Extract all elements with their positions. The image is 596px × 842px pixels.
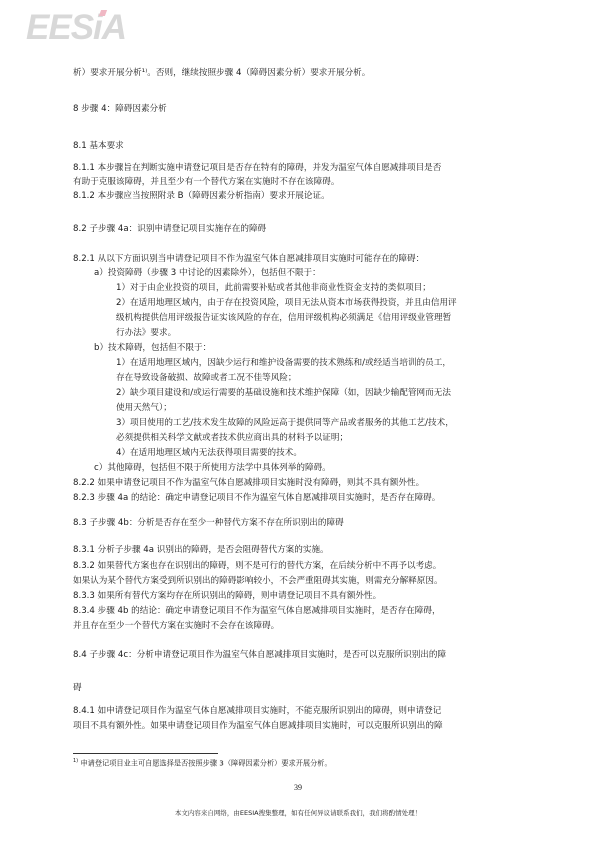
text-line: c）其他障碍，包括但不限于所使用方法学中具体列举的障碍。: [94, 463, 331, 474]
text-line: 8.2.3 步骤 4a 的结论：确定申请登记项目不作为温室气体自愿减排项目实施时…: [73, 493, 440, 504]
text-line: 如果认为某个替代方案受到所识别出的障碍影响较小，不会严重阻碍其实施，则需充分解释…: [73, 576, 443, 587]
text-line: 析）要求开展分析¹⁾。否则，继续按照步骤 4（障碍因素分析）要求开展分析。: [73, 68, 370, 79]
text-line: 8.1.2 本步骤应当按照附录 B（障碍因素分析指南）要求开展论证。: [73, 191, 330, 202]
text-line: 8.2.1 从以下方面识别当申请登记项目不作为温室气体自愿减排项目实施时可能存在…: [73, 254, 424, 265]
text-line: 存在导致设备破损、故障或者工况不佳等风险；: [116, 373, 296, 384]
footnote: 1) 申请登记项目业主可自愿选择是否按照步骤 3（障碍因素分析）要求开展分析。: [73, 758, 332, 768]
text-line: 8.3.4 步骤 4b 的结论：确定申请登记项目不作为温室气体自愿减排项目实施时…: [73, 606, 441, 617]
text-line: 8.4.1 如申请登记项目作为温室气体自愿减排项目实施时，不能克服所识别出的障碍…: [73, 706, 441, 717]
source-disclaimer: 本文内容来自网络，由EESIA搜集整理，如有任何异议请联系我们，我们将酌情处理！: [0, 808, 596, 817]
text-line: 1）对于由企业投资的项目，此前需要补贴或者其他非商业性资金支持的类似项目；: [116, 283, 431, 294]
page-number: 39: [0, 783, 596, 792]
text-line: 8.2 子步骤 4a：识别申请登记项目实施存在的障碍: [73, 224, 266, 235]
text-line: 8 步骤 4：障碍因素分析: [73, 104, 167, 115]
eesia-logo: EESiA: [26, 8, 126, 48]
text-line: 2）在适用地理区域内，由于存在投资风险，项目无法从资本市场获得投资，并且由信用评: [116, 298, 457, 309]
text-line: 8.3.2 如果替代方案也存在识别出的障碍，则不是可行的替代方案，在后续分析中不…: [73, 561, 441, 572]
footnote-divider: [73, 753, 218, 754]
text-line: 8.1.1 本步骤旨在判断实施申请登记项目是否存在特有的障碍，并发为温室气体自愿…: [73, 163, 441, 174]
logo-text-accent: i: [93, 8, 102, 47]
text-line: 8.1 基本要求: [73, 141, 124, 152]
text-line: 有助于克服该障碍，并且至少有一个替代方案在实施时不存在该障碍。: [73, 177, 339, 188]
text-line: 8.3.3 如果所有替代方案均存在所识别出的障碍，则申请登记项目不具有额外性。: [73, 591, 381, 602]
text-line: a）投资障碍（步骤 3 中讨论的因素除外），包括但不限于：: [94, 268, 321, 279]
logo-text-main: EES: [26, 8, 93, 47]
footnote-text: 申请登记项目业主可自愿选择是否按照步骤 3（障碍因素分析）要求开展分析。: [80, 758, 331, 767]
text-line: 3）项目使用的工艺/技术发生故障的风险远高于提供同等产品或者服务的其他工艺/技术…: [116, 418, 454, 429]
text-line: b）技术障碍，包括但不限于：: [94, 343, 211, 354]
text-line: 行办法》要求。: [116, 328, 176, 339]
text-line: 碍: [73, 683, 82, 694]
text-line: 并且存在至少一个替代方案在实施时不会存在该障碍。: [73, 621, 279, 632]
text-line: 8.3 子步骤 4b：分析是否存在至少一种替代方案不存在所识别出的障碍: [73, 518, 344, 529]
footnote-marker: 1): [73, 758, 78, 764]
text-line: 8.3.1 分析子步骤 4a 识别出的障碍，是否会阻碍替代方案的实施。: [73, 545, 329, 556]
text-line: 必须提供相关科学文献或者技术供应商出具的材料予以证明；: [116, 433, 348, 444]
text-line: 级机构提供信用评级报告证实该风险的存在，信用评级机构必须满足《信用评级业管理暂: [116, 313, 451, 324]
text-line: 使用天然气）；: [116, 403, 172, 414]
text-line: 8.4 子步骤 4c：分析申请登记项目作为温室气体自愿减排项目实施时，是否可以克…: [73, 650, 446, 661]
text-line: 4）在适用地理区域内无法获得项目需要的技术。: [116, 448, 302, 459]
text-line: 2）缺少项目建设和/或运行需要的基础设施和技术维护保障（如，因缺少输配管网而无法: [116, 388, 451, 399]
text-line: 项目不具有额外性。如果申请登记项目作为温室气体自愿减排项目实施时，可以克服所识别…: [73, 721, 443, 732]
text-line: 1）在适用地理区域内，因缺少运行和维护设备需要的技术熟练和/或经适当培训的员工，: [116, 358, 451, 369]
text-line: 8.2.2 如果申请登记项目不作为温室气体自愿减排项目实施时没有障碍，则其不具有…: [73, 478, 424, 489]
